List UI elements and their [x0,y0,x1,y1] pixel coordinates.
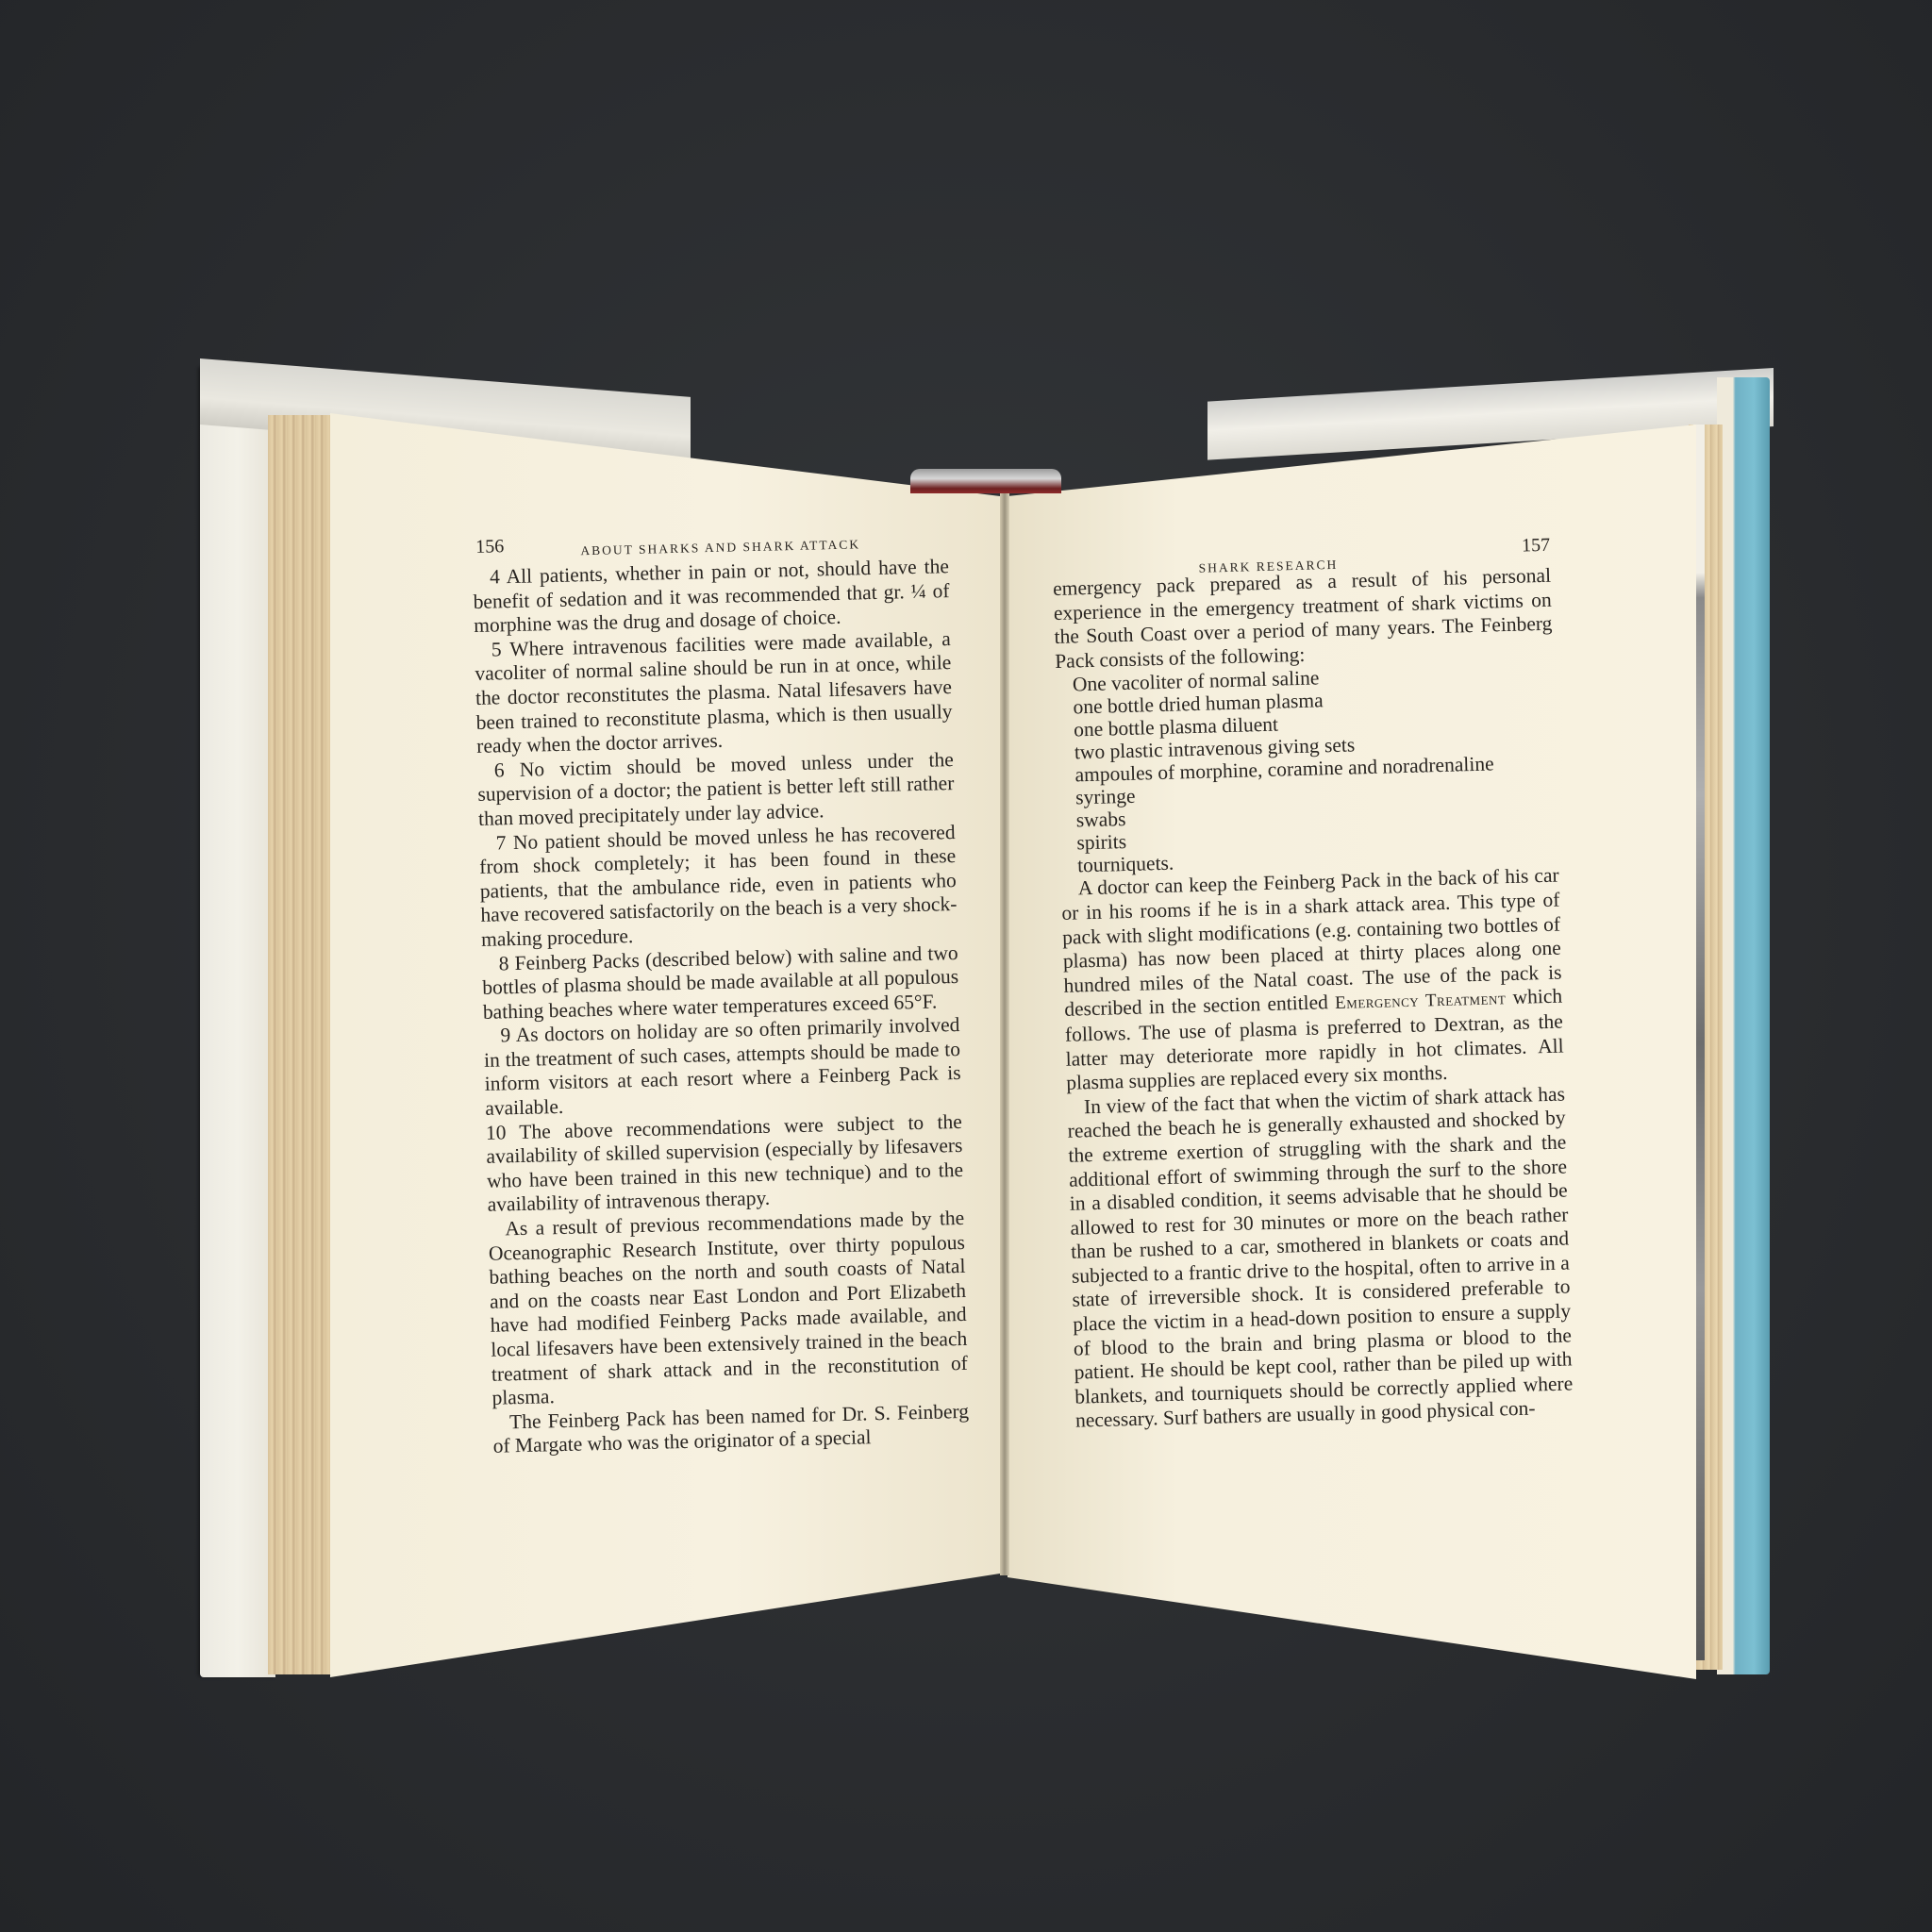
book-gutter [1000,491,1009,1575]
paragraph-item-7: 7 No patient should be moved unless he h… [478,821,958,953]
open-book: 156 About Sharks and Shark Attack 4 All … [0,0,1932,1932]
paragraph-previous-recommendations: As a result of previous recommendations … [488,1207,969,1411]
dust-jacket-left-edge [200,366,275,1677]
paragraph-item-4: 4 All patients, whether in pain or not, … [473,555,951,639]
pack-contents-list: One vacoliter of normal saline one bottl… [1056,660,1559,877]
paragraph-doctor-pack: A doctor can keep the Feinberg Pack in t… [1060,864,1564,1096]
page-number: 156 [475,535,505,559]
paragraph-item-9: 9 As doctors on holiday are so often pri… [483,1013,961,1121]
paragraph-emergency-pack: emergency pack prepared as a result of h… [1053,564,1554,675]
right-page-text: Shark Research 157 emergency pack prepar… [1052,534,1574,1434]
paragraph-victim-rest: In view of the fact that when the victim… [1067,1082,1574,1433]
dust-jacket-right-edge [1717,377,1770,1674]
paragraph-item-5: 5 Where intravenous facilities were made… [475,627,954,759]
page-block-left [268,415,337,1674]
spine-headband [910,469,1061,493]
paragraph-item-8: 8 Feinberg Packs (described below) with … [481,941,959,1024]
paragraph-item-6: 6 No victim should be moved unless under… [477,748,956,832]
page-number: 157 [1522,534,1551,558]
left-page-text: 156 About Sharks and Shark Attack 4 All … [472,525,970,1459]
section-reference: Emergency Treatment [1335,990,1507,1014]
running-head-title: Shark Research [1198,553,1338,581]
paragraph-item-10: 10 The above recommendations were subjec… [486,1110,964,1218]
